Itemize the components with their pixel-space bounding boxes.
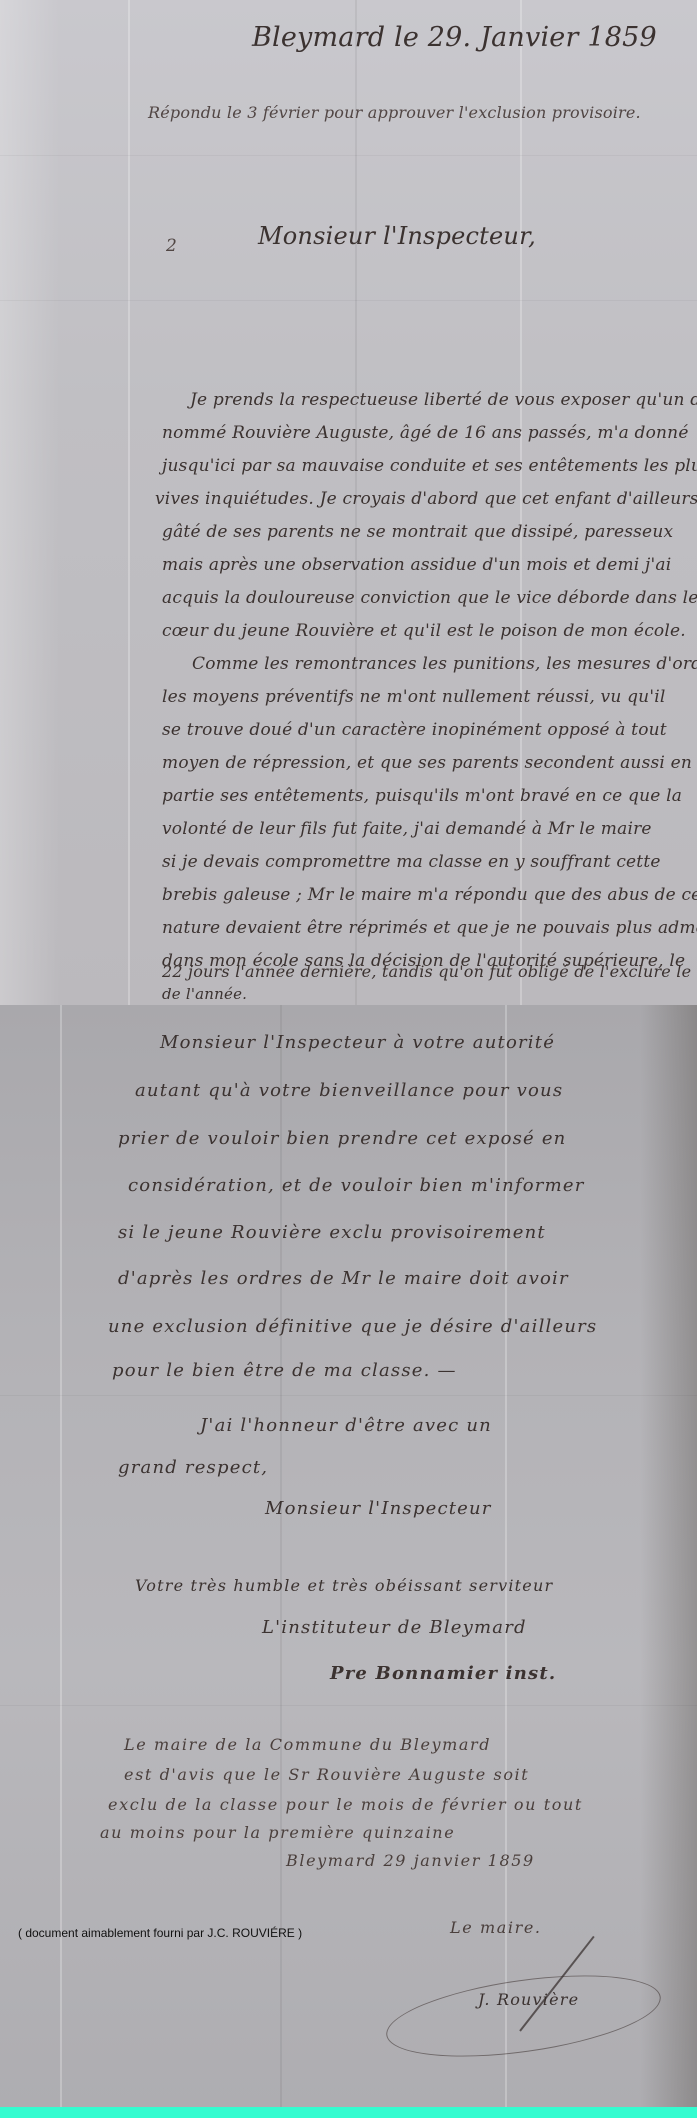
body-line: Je prends la respectueuse liberté de vou… <box>190 390 697 410</box>
body-line: partie ses entêtements, puisqu'ils m'ont… <box>162 786 682 806</box>
body-line: jusqu'ici par sa mauvaise conduite et se… <box>162 456 697 476</box>
mayor-note-line: au moins pour la première quinzaine <box>100 1823 455 1842</box>
paper-fold <box>60 1005 62 2107</box>
paper-crease <box>0 155 697 156</box>
body-line: prier de vouloir bien prendre cet exposé… <box>118 1128 566 1149</box>
margin-mark: 2 <box>166 236 177 256</box>
letter-page-1: Bleymard le 29. Janvier 1859 Répondu le … <box>0 0 697 1005</box>
body-line: acquis la douloureuse conviction que le … <box>162 588 697 608</box>
mayor-note-line: est d'avis que le Sr Rouvière Auguste so… <box>124 1765 529 1784</box>
paper-crease <box>0 300 697 301</box>
servant-line: Votre très humble et très obéissant serv… <box>135 1576 553 1595</box>
letter-page-2: Monsieur l'Inspecteur à votre autorité a… <box>0 1005 697 2107</box>
body-line: si je devais compromettre ma classe en y… <box>162 852 661 872</box>
body-line: nature devaient être réprimés et que je … <box>162 918 697 938</box>
mayor-note-line: Le maire de la Commune du Bleymard <box>124 1735 491 1754</box>
document-credit: ( document aimablement fourni par J.C. R… <box>18 1926 302 1940</box>
teacher-signature: Pre Bonnamier inst. <box>330 1663 556 1684</box>
closing-salutation: Monsieur l'Inspecteur <box>265 1498 492 1519</box>
teacher-title: L'instituteur de Bleymard <box>262 1617 527 1638</box>
body-line: d'après les ordres de Mr le maire doit a… <box>118 1268 569 1289</box>
closing-line: grand respect, <box>118 1457 268 1478</box>
salutation: Monsieur l'Inspecteur, <box>258 222 536 250</box>
body-line: mais après une observation assidue d'un … <box>162 555 671 575</box>
paper-fold <box>505 1005 507 2107</box>
body-line: de l'année. <box>162 985 247 1003</box>
paper-fold <box>128 0 130 1005</box>
body-line: vives inquiétudes. Je croyais d'abord qu… <box>155 489 697 509</box>
body-line: nommé Rouvière Auguste, âgé de 16 ans pa… <box>162 423 689 443</box>
reply-annotation: Répondu le 3 février pour approuver l'ex… <box>148 103 641 122</box>
dateline: Bleymard le 29. Janvier 1859 <box>252 22 657 53</box>
body-line: 22 jours l'année dernière, tandis qu'on … <box>162 962 697 981</box>
body-line: pour le bien être de ma classe. — <box>112 1360 457 1381</box>
mayor-dateline: Bleymard 29 janvier 1859 <box>286 1851 535 1870</box>
body-line: brebis galeuse ; Mr le maire m'a répondu… <box>162 885 697 905</box>
closing-line: J'ai l'honneur d'être avec un <box>200 1415 492 1436</box>
body-line: Comme les remontrances les punitions, le… <box>192 654 697 674</box>
body-line: cœur du jeune Rouvière et qu'il est le p… <box>162 621 686 641</box>
body-line: Monsieur l'Inspecteur à votre autorité <box>160 1032 555 1053</box>
body-line: gâté de ses parents ne se montrait que d… <box>162 522 673 542</box>
bottom-bar <box>0 2107 697 2118</box>
mayor-label: Le maire. <box>450 1918 542 1937</box>
body-line: les moyens préventifs ne m'ont nullement… <box>162 687 665 707</box>
body-line: si le jeune Rouvière exclu provisoiremen… <box>118 1222 546 1243</box>
body-line: se trouve doué d'un caractère inopinémen… <box>162 720 667 740</box>
body-line: autant qu'à votre bienveillance pour vou… <box>135 1080 563 1101</box>
body-line: considération, et de vouloir bien m'info… <box>128 1175 585 1196</box>
body-line: volonté de leur fils fut faite, j'ai dem… <box>162 819 652 839</box>
paper-crease <box>0 1395 697 1396</box>
mayor-note-line: exclu de la classe pour le mois de févri… <box>108 1795 583 1814</box>
paper-crease <box>0 1705 697 1706</box>
paper-fold <box>280 1005 282 2107</box>
body-line: une exclusion définitive que je désire d… <box>108 1316 597 1337</box>
body-line: moyen de répression, et que ses parents … <box>162 753 692 773</box>
